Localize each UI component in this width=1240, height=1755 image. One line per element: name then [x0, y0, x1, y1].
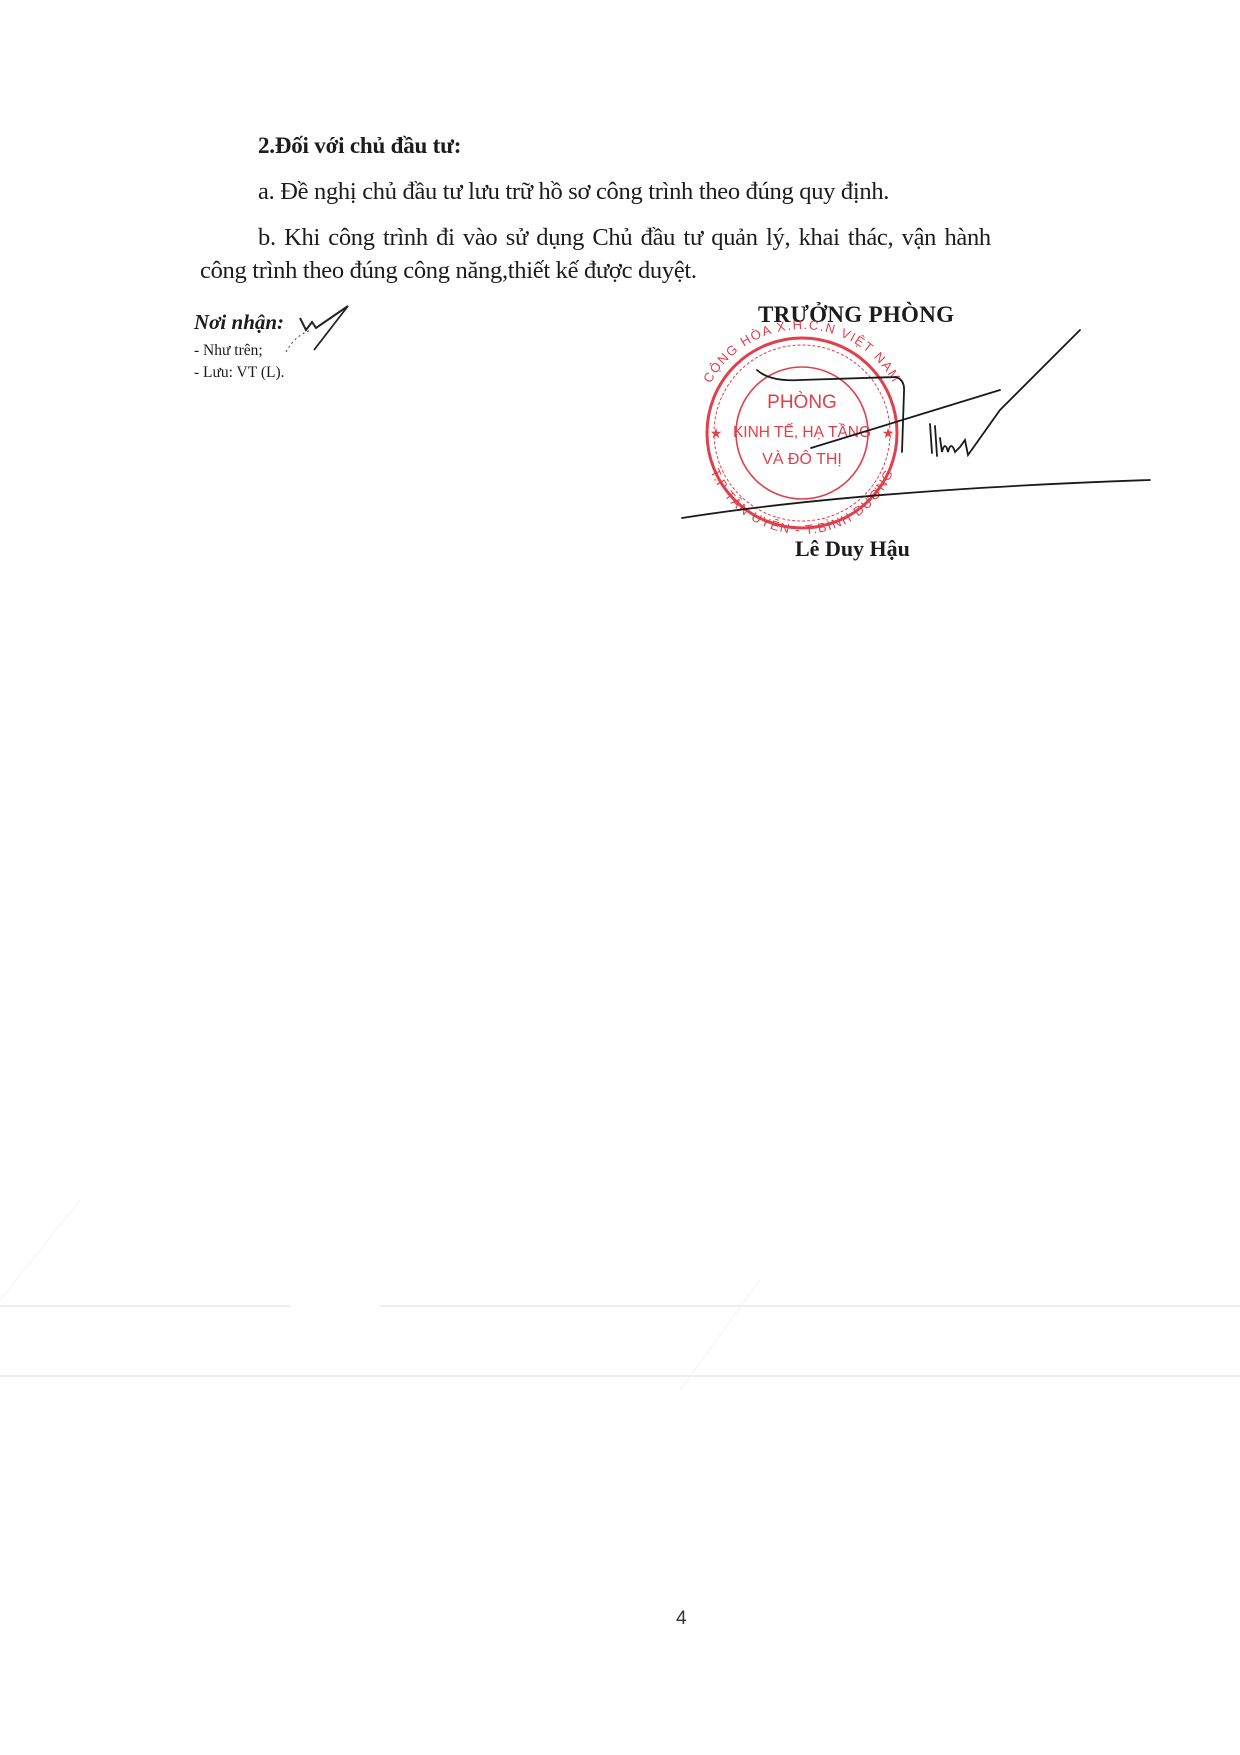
page-number: 4 — [676, 1608, 687, 1630]
signer-name: Lê Duy Hậu — [795, 536, 910, 562]
handwritten-signature — [0, 0, 1240, 1755]
